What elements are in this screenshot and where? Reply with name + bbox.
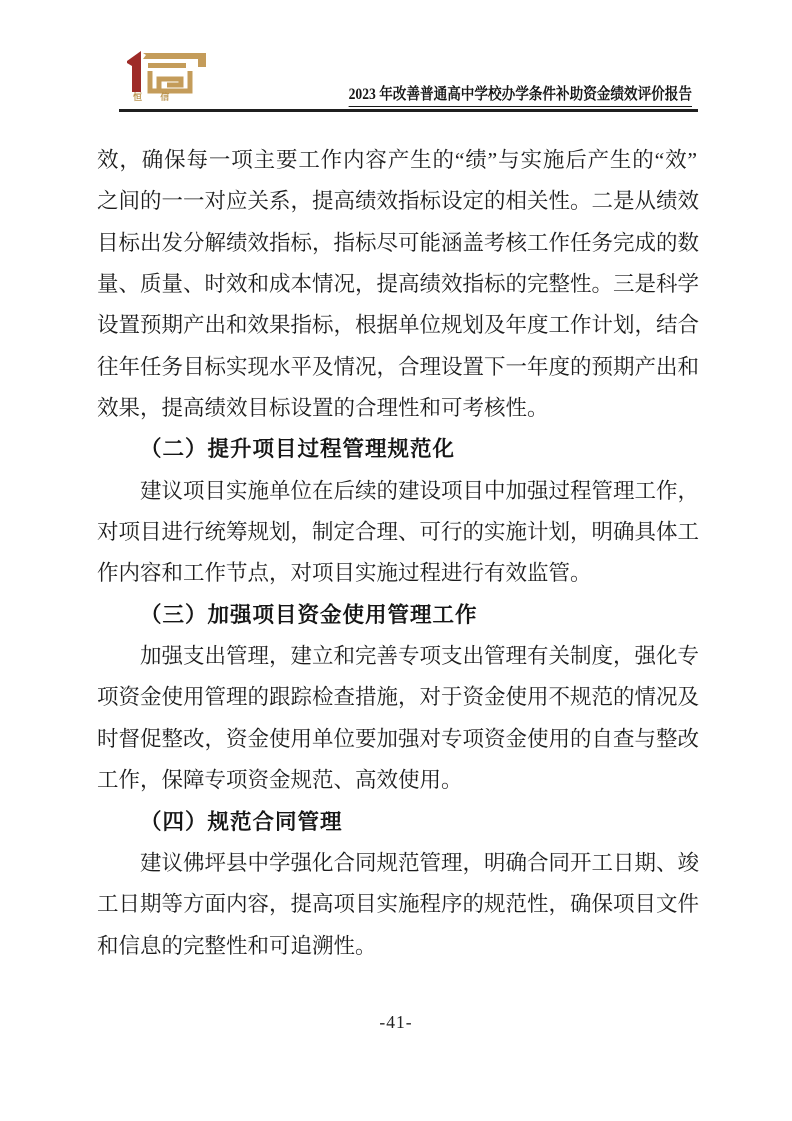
body-line: 往年任务目标实现水平及情况，合理设置下一年度的预期产出和 [97, 347, 697, 388]
body-line: 项资金使用管理的跟踪检查措施，对于资金使用不规范的情况及 [97, 677, 697, 718]
body-line: 建议项目实施单位在后续的建设项目中加强过程管理工作， [97, 471, 697, 512]
logo-brand-text: 恒 信 [133, 90, 177, 103]
body-line: 加强支出管理，建立和完善专项支出管理有关制度，强化专 [97, 636, 697, 677]
hengxin-logo-icon [122, 46, 222, 94]
body-line: 工日期等方面内容，提高项目实施程序的规范性，确保项目文件 [97, 884, 697, 925]
body-line: 效果，提高绩效目标设置的合理性和可考核性。 [97, 388, 697, 429]
page-number: -41- [0, 1012, 792, 1033]
document-body: 效，确保每一项主要工作内容产生的“绩”与实施后产生的“效” 之间的一一对应关系，… [97, 140, 697, 967]
body-line: 目标出发分解绩效指标，指标尽可能涵盖考核工作任务完成的数 [97, 223, 697, 264]
body-line: 和信息的完整性和可追溯性。 [97, 926, 697, 967]
body-line: 效，确保每一项主要工作内容产生的“绩”与实施后产生的“效” [97, 140, 697, 181]
section-heading: （四）规范合同管理 [97, 802, 697, 843]
body-line: 之间的一一对应关系，提高绩效指标设定的相关性。二是从绩效 [97, 181, 697, 222]
report-header-title: 2023 年改善普通高中学校办学条件补助资金绩效评价报告 [349, 84, 692, 107]
document-page: 恒 信 2023 年改善普通高中学校办学条件补助资金绩效评价报告 效，确保每一项… [0, 0, 792, 1121]
section-heading: （二）提升项目过程管理规范化 [97, 429, 697, 470]
body-line: 作内容和工作节点，对项目实施过程进行有效监管。 [97, 553, 697, 594]
body-line: 量、质量、时效和成本情况，提高绩效指标的完整性。三是科学 [97, 264, 697, 305]
header-divider [119, 109, 698, 112]
body-line: 设置预期产出和效果指标，根据单位规划及年度工作计划，结合 [97, 305, 697, 346]
section-heading: （三）加强项目资金使用管理工作 [97, 595, 697, 636]
body-line: 工作，保障专项资金规范、高效使用。 [97, 760, 697, 801]
body-line: 对项目进行统筹规划，制定合理、可行的实施计划，明确具体工 [97, 512, 697, 553]
body-line: 时督促整改，资金使用单位要加强对专项资金使用的自查与整改 [97, 719, 697, 760]
body-line: 建议佛坪县中学强化合同规范管理，明确合同开工日期、竣 [97, 843, 697, 884]
